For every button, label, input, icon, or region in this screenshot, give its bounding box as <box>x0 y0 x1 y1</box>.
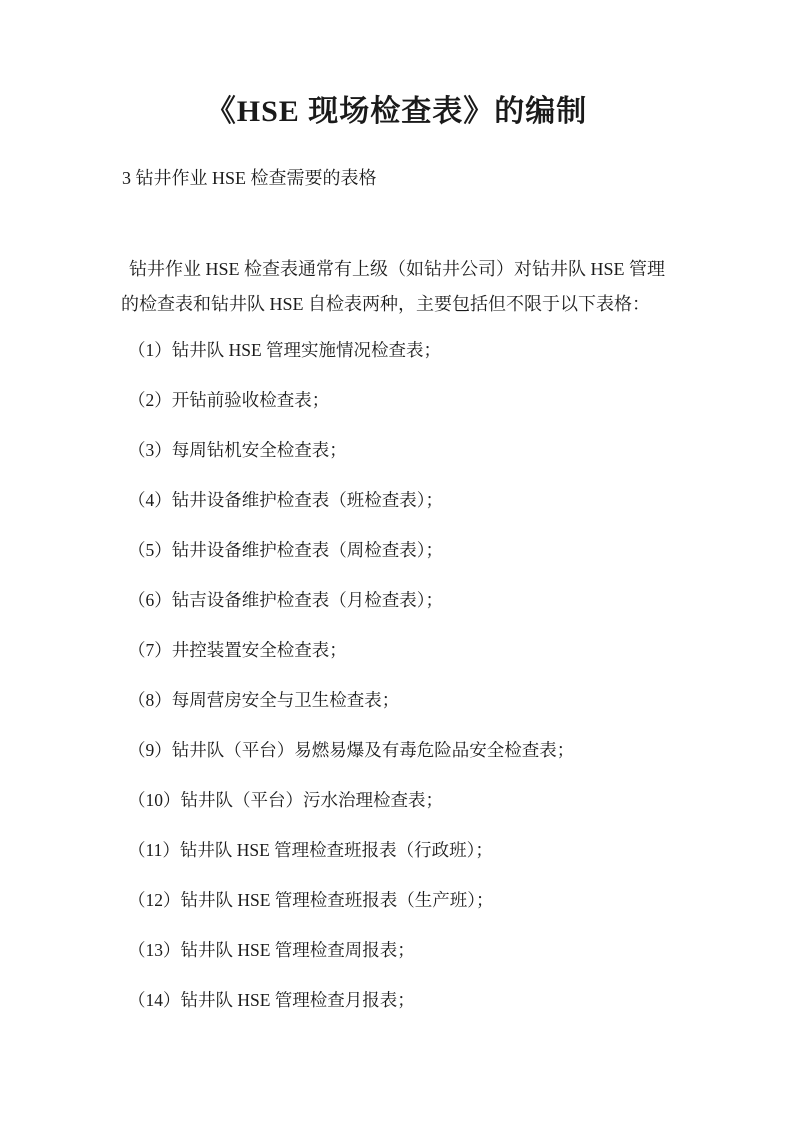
intro-paragraph: 钻井作业 HSE 检查表通常有上级（如钻井公司）对钻井队 HSE 管理 的检查表… <box>121 252 676 322</box>
list-item: （4）钻井设备维护检查表（班检查表）； <box>128 490 574 510</box>
list-item: （13）钻井队 HSE 管理检查周报表； <box>128 940 574 960</box>
list-item: （14）钻井队 HSE 管理检查月报表； <box>128 990 574 1010</box>
list-item: （11）钻井队 HSE 管理检查班报表（行政班）； <box>128 840 574 860</box>
list-item: （10）钻井队（平台）污水治理检查表； <box>128 790 574 810</box>
list-item: （7）井控装置安全检查表； <box>128 640 574 660</box>
paragraph-line: 的检查表和钻井队 HSE 自检表两种，主要包括但不限于以下表格： <box>121 287 676 322</box>
document-page: 《HSE 现场检查表》的编制 3 钻井作业 HSE 检查需要的表格 钻井作业 H… <box>0 0 793 1122</box>
list-item: （12）钻井队 HSE 管理检查班报表（生产班）； <box>128 890 574 910</box>
checklist: （1）钻井队 HSE 管理实施情况检查表； （2）开钻前验收检查表； （3）每周… <box>128 340 574 1040</box>
list-item: （2）开钻前验收检查表； <box>128 390 574 410</box>
list-item: （8）每周营房安全与卫生检查表； <box>128 690 574 710</box>
list-item: （1）钻井队 HSE 管理实施情况检查表； <box>128 340 574 360</box>
list-item: （3）每周钻机安全检查表； <box>128 440 574 460</box>
paragraph-line: 钻井作业 HSE 检查表通常有上级（如钻井公司）对钻井队 HSE 管理 <box>121 252 676 287</box>
list-item: （6）钻吉设备维护检查表（月检查表）； <box>128 590 574 610</box>
section-heading: 3 钻井作业 HSE 检查需要的表格 <box>122 166 377 190</box>
list-item: （5）钻井设备维护检查表（周检查表）； <box>128 540 574 560</box>
list-item: （9）钻井队（平台）易燃易爆及有毒危险品安全检查表； <box>128 740 574 760</box>
document-title: 《HSE 现场检查表》的编制 <box>0 92 793 132</box>
